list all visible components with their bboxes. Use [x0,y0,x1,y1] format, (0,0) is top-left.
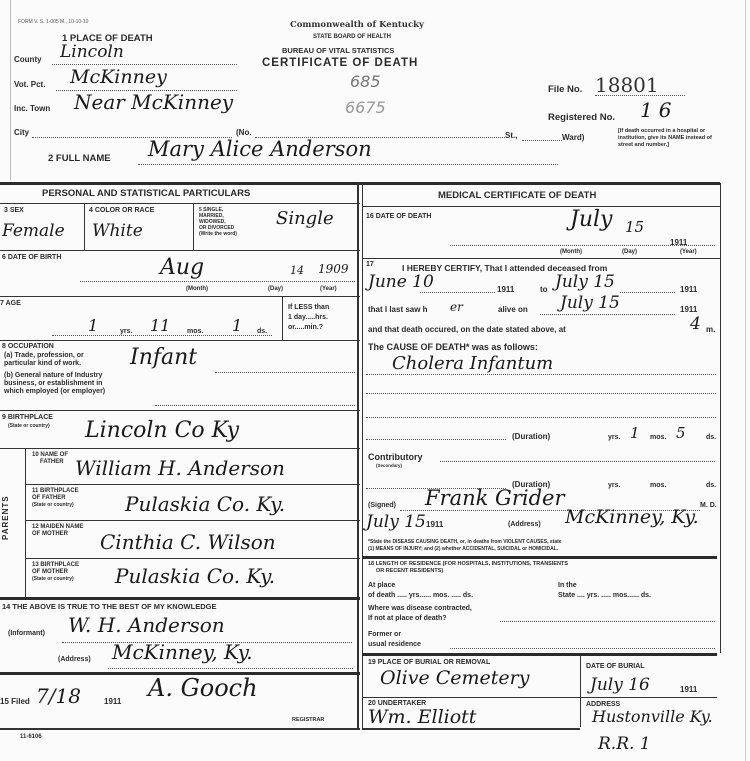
last-saw-year: 1911 [680,305,697,314]
occupation-b-label: (b) General nature of Industry business,… [4,372,105,396]
cause-of-death-value: Cholera Infantum [392,353,553,374]
age-years: 1 [88,316,98,335]
contributory-sublabel: (Secondary) [376,463,402,468]
inc-town-value: Near McKinney [74,90,233,114]
burial-date-value: July 16 [590,675,650,695]
last-saw-date: July 15 [560,293,620,313]
pencil-note-2: 6675 [345,98,386,117]
signed-year: 1911 [426,520,443,529]
cause-footnote: *State the DISEASE CAUSING DEATH, or, in… [368,539,562,553]
county-value: Lincoln [60,42,124,62]
undertaker-address-extra: R.R. 1 [598,734,651,754]
contrib-mos-label: mos. [650,482,666,489]
age-label: 7 AGE [0,300,21,307]
death-day: 15 [625,218,644,236]
physician-address-value: McKinney, Ky. [565,506,699,528]
county-label: County [14,55,42,64]
death-time-suffix: m. [706,325,715,334]
burial-place-label: 19 PLACE OF BURIAL OR REMOVAL [368,659,490,666]
parents-side-label: PARENTS [1,495,10,540]
alive-on-label: alive on [498,305,528,314]
sex-value: Female [2,221,65,241]
inc-town-label: Inc. Town [14,104,50,113]
filed-date: 7/18 [36,684,81,708]
ward-label: Ward) [562,133,584,142]
yrs-label: yrs. [120,328,132,335]
death-occurred-text: and that death occured, on the date stat… [368,325,566,334]
commonwealth-heading: Commonwealth of Kentucky [290,20,424,30]
registrar-caption: REGISTRAR [292,717,324,723]
undertaker-address-value: Hustonville Ky. [592,707,713,726]
mother-name-value: Cinthia C. Wilson [100,530,276,554]
md-label: M. D. [700,502,717,509]
occupation-label: 8 OCCUPATION [2,343,54,350]
residence-label: 18 LENGTH OF RESIDENCE (FOR HOSPITALS, I… [368,561,568,575]
race-value: White [92,221,143,241]
occupation-value: Infant [130,345,197,370]
file-no-label: File No. [548,84,582,95]
occupation-a-label: (a) Trade, profession, or particular kin… [4,352,84,368]
birthplace-label: 9 BIRTHPLACE [2,414,53,421]
last-saw-text: that I last saw h [368,305,428,314]
registrar-signature: A. Gooch [148,674,258,702]
disease-contracted-label: Where was disease contracted, If not at … [368,604,472,624]
race-label: 4 COLOR OR RACE [89,207,154,214]
attended-from-date: June 10 [368,272,434,292]
burial-date-label: DATE OF BURIAL [586,663,645,670]
contributory-label: Contributory [368,452,423,462]
contrib-ds-label: ds. [706,482,716,489]
former-residence-label: Former or usual residence [368,630,421,650]
mos-label: mos. [187,328,203,335]
attended-from-year: 1911 [497,285,514,294]
dob-month: Aug [160,255,204,280]
cause-duration-months: 5 [676,424,686,442]
full-name-label: 2 FULL NAME [48,153,111,164]
file-no-value: 18801 [595,73,659,97]
last-saw-pronoun: er [450,300,463,314]
informant-statement: 14 THE ABOVE IS TRUE TO THE BEST OF MY K… [2,602,216,611]
footer-form-code: 11-6106 [20,734,42,740]
bureau-heading: BUREAU OF VITAL STATISTICS [282,46,394,55]
death-month: July [570,207,612,232]
dob-year: 1909 [318,262,349,276]
residence-in-state: In the State .... yrs. ..... mos...... d… [558,581,651,601]
informant-address-label: (Address) [58,656,91,663]
board-heading: STATE BOARD OF HEALTH [313,34,391,40]
full-name-value: Mary Alice Anderson [148,137,372,161]
cause-duration-years: 1 [630,424,640,442]
mother-birthplace-value: Pulaskia Co. Ky. [115,564,275,588]
death-month-caption: (Month) [560,249,582,255]
undertaker-value: Wm. Elliott [368,706,476,728]
institution-note: [If death occurred in a hospital or inst… [618,128,713,149]
sex-label: 3 SEX [4,207,24,214]
certify-number: 17 [366,261,374,268]
form-code: FORM V. S. 1-005 M., 10-10-10 [18,19,88,25]
birthplace-sublabel: (State or country) [8,423,50,429]
cause-yrs-label: yrs. [608,434,620,441]
burial-year: 1911 [680,685,697,694]
less-than-day-label: If LESS than 1 day.....hrs. or.....min.? [288,303,329,333]
signed-label: (Signed) [368,502,396,509]
registered-no-value: 16 [640,98,677,122]
father-name-label: 10 NAME OF FATHER [32,452,68,466]
personal-section-title: PERSONAL AND STATISTICAL PARTICULARS [42,188,250,199]
mother-birthplace-label: 13 BIRTHPLACE OF MOTHER (State or countr… [32,562,79,583]
cause-of-death-label: The CAUSE OF DEATH* was as follows: [368,342,538,352]
to-label: to [540,285,548,294]
informant-label: (Informant) [8,630,45,637]
cause-duration-label: (Duration) [512,432,550,441]
death-year-caption: (Year) [680,249,697,255]
registered-no-label: Registered No. [548,112,615,123]
death-time: 4 [690,314,701,334]
mother-name-label: 12 MAIDEN NAME OF MOTHER [32,524,83,538]
medical-section-title: MEDICAL CERTIFICATE OF DEATH [438,190,596,201]
signed-date: July 15 [366,512,426,532]
certificate-title: CERTIFICATE OF DEATH [262,57,418,69]
dob-day: 14 [290,264,304,277]
filed-year: 1911 [104,697,121,706]
street-no-label: (No. [236,128,252,137]
informant-value: W. H. Anderson [68,613,225,637]
informant-address-value: McKinney, Ky. [112,640,253,664]
residence-at-place: At place of death ..... yrs...... mos. .… [368,581,473,601]
city-label: City [14,128,29,137]
age-days: 1 [232,316,242,335]
cause-mos-label: mos. [650,434,666,441]
cause-ds-label: ds. [706,434,716,441]
month-caption: (Month) [186,286,208,292]
marital-label: 5 SINGLE, MARRIED, WIDOWED, OR DIVORCED … [199,207,237,237]
filed-label: 15 Filed [0,697,30,706]
father-name-value: William H. Anderson [75,456,285,480]
burial-place-value: Olive Cemetery [380,667,530,689]
physician-signature: Frank Grider [425,486,565,510]
street-label: St., [505,131,517,140]
physician-address-label: (Address) [508,521,541,528]
vot-pct-label: Vot. Pct. [14,80,45,89]
contrib-yrs-label: yrs. [608,482,620,489]
father-birthplace-value: Pulaskia Co. Ky. [125,492,285,516]
ds-label: ds. [257,328,267,335]
vot-pct-value: McKinney [70,66,167,88]
father-birthplace-label: 11 BIRTHPLACE OF FATHER (State or countr… [32,488,79,509]
attended-to-date: July 15 [555,272,615,292]
age-months: 11 [150,316,170,335]
attended-to-year: 1911 [680,285,697,294]
day-caption: (Day) [268,286,283,292]
death-day-caption: (Day) [622,249,637,255]
year-caption: (Year) [320,286,337,292]
date-of-death-label: 16 DATE OF DEATH [366,213,431,220]
dob-label: 6 DATE OF BIRTH [2,254,61,261]
birthplace-value: Lincoln Co Ky [85,418,239,443]
marital-value: Single [276,208,334,229]
pencil-note-1: 685 [350,72,381,91]
